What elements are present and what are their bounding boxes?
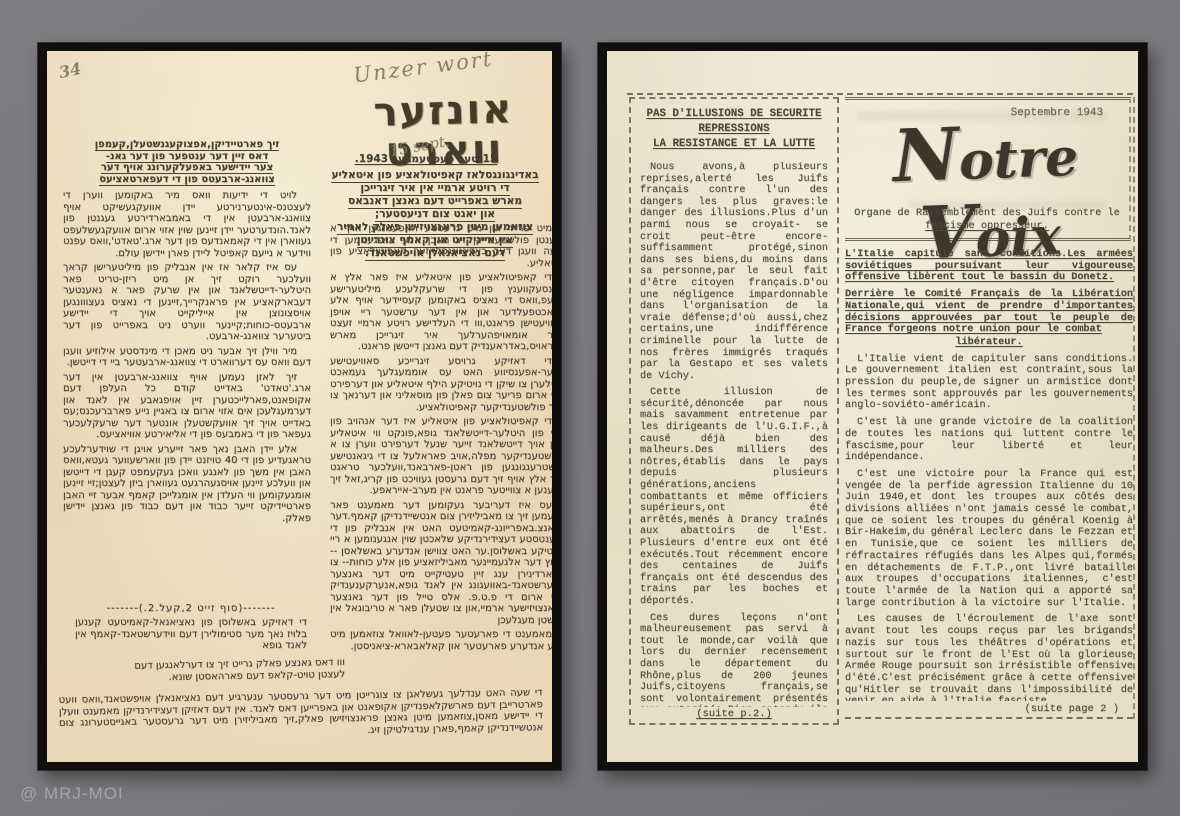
column-divider: -------(סוף זייט 2,קעל.2.)-------: [75, 603, 307, 614]
continuation-note: (suite page 2 ): [845, 703, 1133, 715]
handwritten-title-annotation: Unzer wort: [352, 51, 494, 87]
headline-line: די רויטע ארמיי אין איר זיגרייכן: [307, 182, 552, 195]
article-headline: זיך פארטיידיקן,אפצוקעגנשטעלן,קעמפן דאס ז…: [63, 139, 311, 185]
notre-voix-page: PAS D'ILLUSIONS DE SECURITE REPRESSIONS …: [607, 51, 1138, 762]
newspaper-subtitle: Organe de Rassemblement des Juifs contre…: [845, 207, 1129, 233]
headline-line: און יאגט צום דניעסטער;: [307, 208, 552, 221]
dashed-rule-right: [1133, 97, 1135, 719]
paragraph: מיר ווילן זיך אבער ניט מאכן די מינדסטע א…: [63, 346, 311, 369]
dashed-rule-bottom: [845, 717, 1133, 719]
paragraph: אלע יידן האבן נאך פאר זייערע אויגן די שו…: [63, 444, 311, 525]
issue-date: 15-טער סעפטעמבער 1943.: [323, 153, 529, 165]
front-page-main-column: L'Italie capitule sans conditions.Les ar…: [845, 249, 1133, 701]
archive-viewer: 34 Unzer wort אונזער ווארט 15 sept. 15-ט…: [0, 0, 1180, 816]
page-number-annotation: 34: [57, 59, 83, 82]
small-callout: ווו דאס גאנצע פאלק גרייט זיך צו דערלאנגע…: [113, 657, 345, 684]
paragraph: די דאזיקע באשלוסן פון נאציאנאל-קאמיטעט ק…: [75, 617, 307, 655]
paragraph: זיך לאזן נעמען אויף צוואנג-ארבעטן אין דע…: [63, 372, 311, 441]
lede-paragraph: Derrière le Comité Français de la Libéra…: [845, 289, 1133, 336]
article-paragraph: Ces dures leçons n'ont malheureusement p…: [640, 613, 828, 707]
unzer-wort-page: 34 Unzer wort אונזער ווארט 15 sept. 15-ט…: [47, 51, 552, 762]
front-page-left-column: PAS D'ILLUSIONS DE SECURITE REPRESSIONS …: [629, 97, 839, 725]
paragraph: די קאפיטולאציע פון איטאליע איז פאר אלץ א…: [330, 272, 552, 353]
article-body: Nous avons,à plusieurs reprises,alerté l…: [640, 162, 828, 707]
paragraph: לויט די ידיעות וואס מיר באקומען ווערן די…: [63, 190, 311, 259]
watermark: @ MRJ-MOI: [20, 784, 124, 804]
article-paragraph: C'est là une grande victoire de la coali…: [845, 417, 1133, 464]
headline-line: באדינגונגסלאז קאפיטולאציע פון איטאליע: [307, 169, 552, 182]
document-notre-voix: PAS D'ILLUSIONS DE SECURITE REPRESSIONS …: [598, 43, 1147, 770]
article-headline: PAS D'ILLUSIONS DE SECURITE REPRESSIONS …: [640, 107, 828, 152]
paragraph: די קאפיטולאציע פון איטאליע איז דער אנהוי…: [330, 416, 552, 497]
text-column-second: זיך פארטיידיקן,אפצוקעגנשטעלן,קעמפן דאס ז…: [63, 139, 311, 597]
paragraph: מיט פרייד און מיט גרעסטע האפענונגען אויף…: [330, 223, 552, 269]
continuation-note: (suite p.2.): [631, 708, 837, 720]
lede-paragraph: L'Italie capitule sans conditions.Les ar…: [845, 249, 1133, 284]
article-paragraph: Nous avons,à plusieurs reprises,alerté l…: [640, 162, 828, 382]
paragraph: עס איז דעריבער געקומען דער מאמענט פאר אל…: [330, 500, 552, 627]
paragraph: די דאזיקע גרויסע זיגרייכע סאוויעטישע זומ…: [330, 356, 552, 414]
article-paragraph: C'est une victoire pour la France qui es…: [845, 469, 1133, 609]
lede-paragraph: libérateur.: [845, 337, 1133, 349]
article-paragraph: L'Italie vient de capituler sans conditi…: [845, 354, 1133, 413]
masthead-box: Septembre 1943 NotreVoix Organe de Rasse…: [845, 97, 1131, 241]
headline-line: מארש באפרייט דעם גאנצן דאנבאס: [307, 195, 552, 208]
paragraph: מאמענט די פארעטער פעטען-לאוואל צוזאמען מ…: [330, 629, 552, 652]
document-unzer-wort: 34 Unzer wort אונזער ווארט 15 sept. 15-ט…: [38, 43, 561, 770]
paragraph: עס איז קלאר אז אין אנבליק פון מיליטערישן…: [63, 262, 311, 343]
dashed-rule-top: [627, 93, 1133, 95]
bottom-paragraph: די שעה האט ענדלעך געשלאגן צו צוגרייטן מי…: [59, 687, 544, 755]
article-paragraph: Les causes de l'écroulement de l'axe son…: [845, 614, 1133, 701]
article-paragraph: Cette illusion de sécurité,dénoncée par …: [640, 387, 828, 607]
text-column-first: מיט פרייד און מיט גרעסטע האפענונגען אויף…: [330, 223, 552, 661]
